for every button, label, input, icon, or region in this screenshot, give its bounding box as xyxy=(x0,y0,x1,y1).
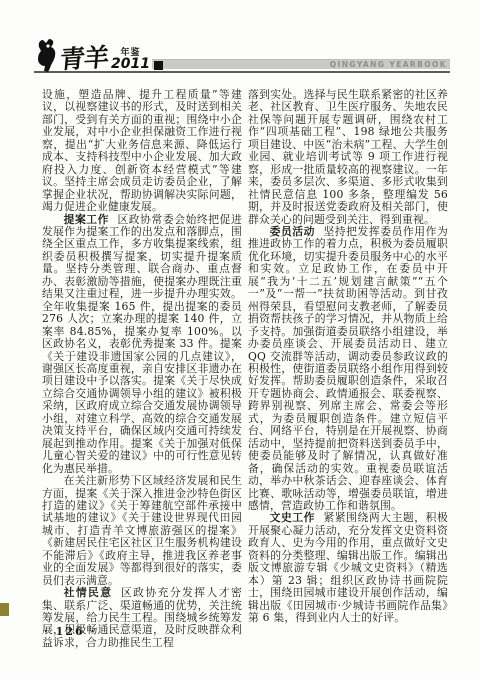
paragraph: 提案工作区政协常委会始终把促进发展作为提案工作的出发点和落脚点，围绕全区重点工作… xyxy=(42,214,242,476)
left-column: 设施，塑造品牌、提升工程质量”等建议，以视察建议书的形式，及时送到相关部门，受到… xyxy=(42,89,242,649)
banner-title: QINGYANG YEARBOOK xyxy=(330,60,447,69)
yearbook-page: QINGYANG YEARBOOK 青羊 年鉴 2011 设施，塑造品牌、提升工… xyxy=(0,0,480,680)
section-heading: 文史工作 xyxy=(270,511,315,524)
yearbook-logo: 青羊 年鉴 2011 xyxy=(34,38,163,72)
section-heading: 委员活动 xyxy=(270,225,315,238)
goat-brush-icon xyxy=(34,38,60,72)
right-column: 落到实处。选择与民生联系紧密的社区养老、社区教育、卫生医疗服务、失地农民社保等问… xyxy=(248,89,448,649)
scan-edge-mark xyxy=(0,603,9,616)
section-heading: 社情民意 xyxy=(64,586,113,599)
page-number: · 126 · xyxy=(44,625,96,638)
text-columns: 设施，塑造品牌、提升工程质量”等建议，以视察建议书的形式，及时送到相关部门，受到… xyxy=(42,89,448,649)
paragraph: 落到实处。选择与民生联系紧密的社区养老、社区教育、卫生医疗服务、失地农民社保等问… xyxy=(248,89,448,226)
logo-year: 2011 xyxy=(111,58,150,71)
logo-type-year: 年鉴 2011 xyxy=(111,49,150,71)
paragraph: 在关注新形势下区域经济发展和民生方面，提案《关于深入推进金沙特色街区打造的建议》… xyxy=(42,475,242,587)
section-heading: 提案工作 xyxy=(64,213,109,226)
paragraph: 社情民意区政协充分发挥人才密集、联系广泛、渠道畅通的优势，关注统筹发展，给力民生… xyxy=(42,587,242,649)
logo-brand-text: 青羊 xyxy=(59,45,110,73)
paragraph: 文史工作紧紧围绕两大主题，积极开展聚心凝力活动，充分发挥文史资料资政育人、史为今… xyxy=(248,512,448,624)
logo-square-mark xyxy=(154,61,163,70)
paragraph: 设施，塑造品牌、提升工程质量”等建议，以视察建议书的形式，及时送到相关部门，受到… xyxy=(42,89,242,214)
paragraph: 委员活动坚持把发挥委员作用作为推进政协工作的着力点，积极为委员履职优化环境，切实… xyxy=(248,226,448,512)
page-header: QINGYANG YEARBOOK 青羊 年鉴 2011 xyxy=(34,44,450,80)
header-banner-bar: QINGYANG YEARBOOK xyxy=(152,59,450,69)
